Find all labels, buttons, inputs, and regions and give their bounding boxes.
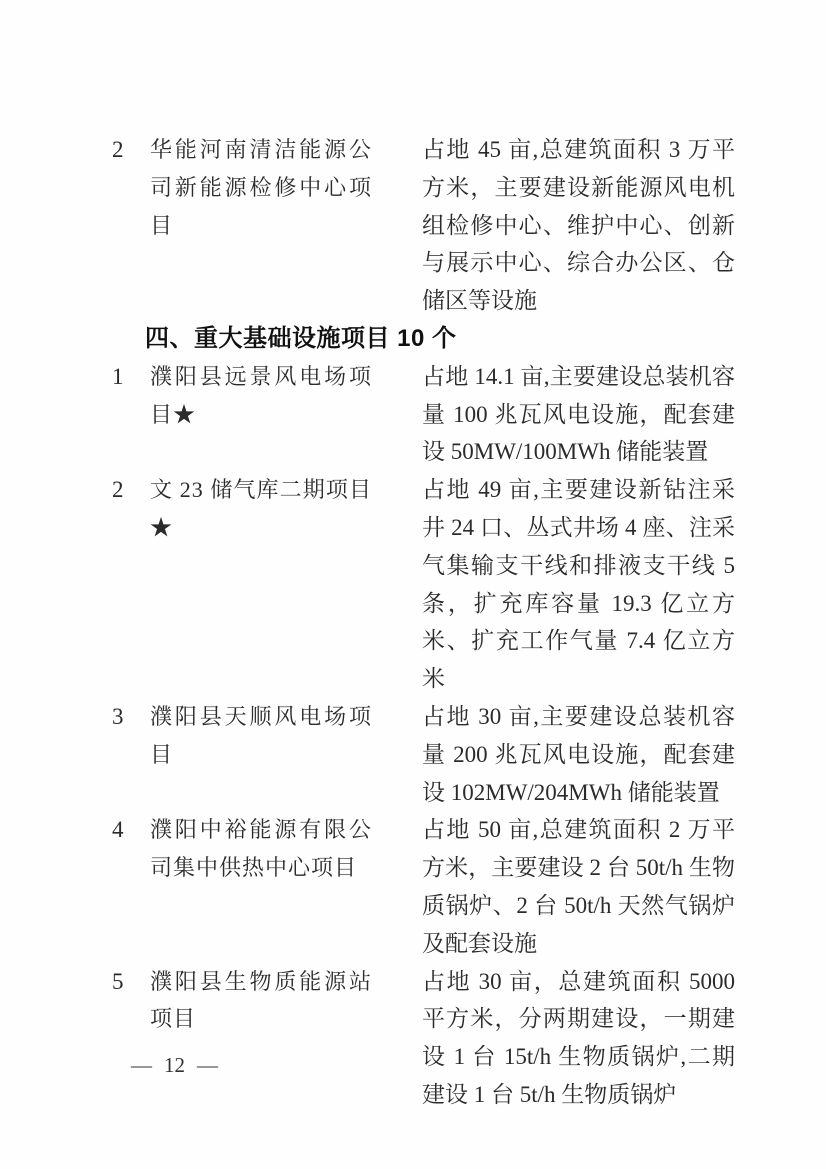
row-number: 5 [112, 963, 150, 1001]
project-description: 占地 50 亩,总建筑面积 2 万平方米，主要建设 2 台 50t/h 生物质锅… [422, 811, 735, 962]
row-number: 3 [112, 698, 150, 736]
document-page: 2 华能河南清洁能源公司新能源检修中心项目 占地 45 亩,总建筑面积 3 万平… [0, 0, 826, 1169]
project-name: 濮阳县天顺风电场项目 [150, 698, 372, 774]
row-number: 2 [112, 471, 150, 509]
section-heading: 四、重大基础设施项目 10 个 [145, 320, 738, 358]
project-description: 占地 14.1 亩,主要建设总装机容量 100 兆瓦风电设施，配套建设 50MW… [422, 358, 735, 471]
footer-dash-right: — [197, 1051, 218, 1079]
row-number: 2 [112, 131, 150, 169]
project-name: 濮阳县生物质能源站项目 [150, 963, 372, 1039]
footer-dash-left: — [131, 1051, 152, 1079]
project-description: 占地 49 亩,主要建设新钻注采井 24 口、丛式井场 4 座、注采气集输支干线… [422, 471, 735, 698]
page-footer: — 12 — [131, 1051, 218, 1079]
project-row: 2 华能河南清洁能源公司新能源检修中心项目 占地 45 亩,总建筑面积 3 万平… [112, 131, 738, 320]
project-name: 文 23 储气库二期项目★ [150, 471, 372, 547]
page-content: 2 华能河南清洁能源公司新能源检修中心项目 占地 45 亩,总建筑面积 3 万平… [112, 131, 738, 1114]
project-description: 占地 45 亩,总建筑面积 3 万平方米，主要建设新能源风电机组检修中心、维护中… [422, 131, 735, 320]
project-row: 4 濮阳中裕能源有限公司集中供热中心项目 占地 50 亩,总建筑面积 2 万平方… [112, 811, 738, 962]
project-row: 1 濮阳县远景风电场项目★ 占地 14.1 亩,主要建设总装机容量 100 兆瓦… [112, 358, 738, 471]
page-number: 12 [164, 1051, 185, 1079]
row-number: 4 [112, 811, 150, 849]
project-name: 濮阳县远景风电场项目★ [150, 358, 372, 434]
project-description: 占地 30 亩，总建筑面积 5000 平方米，分两期建设，一期建设 1 台 15… [422, 963, 735, 1114]
project-name: 濮阳中裕能源有限公司集中供热中心项目 [150, 811, 372, 887]
project-row: 5 濮阳县生物质能源站项目 占地 30 亩，总建筑面积 5000 平方米，分两期… [112, 963, 738, 1114]
project-row: 2 文 23 储气库二期项目★ 占地 49 亩,主要建设新钻注采井 24 口、丛… [112, 471, 738, 698]
project-name: 华能河南清洁能源公司新能源检修中心项目 [150, 131, 372, 244]
row-number: 1 [112, 358, 150, 396]
project-description: 占地 30 亩,主要建设总装机容量 200 兆瓦风电设施，配套建设 102MW/… [422, 698, 735, 811]
project-row: 3 濮阳县天顺风电场项目 占地 30 亩,主要建设总装机容量 200 兆瓦风电设… [112, 698, 738, 811]
